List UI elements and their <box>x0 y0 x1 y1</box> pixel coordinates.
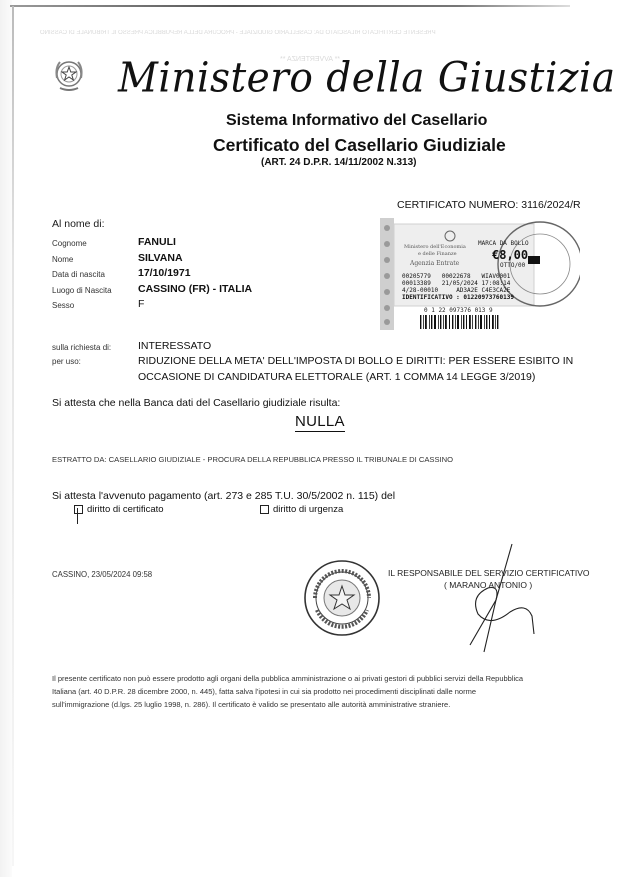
stamp-issuer-1: Ministero dell'Economia <box>404 244 466 250</box>
place-date: CASSINO, 23/05/2024 09:58 <box>52 570 152 579</box>
certificate-number-label: CERTIFICATO NUMERO: <box>397 199 518 211</box>
handwritten-signature <box>440 540 550 660</box>
option-urgency-fee-label: diritto di urgenza <box>273 504 343 515</box>
legal-footnote: Il presente certificato non può essere p… <box>52 672 592 711</box>
stamp-code-cell: 00022678 <box>442 273 471 280</box>
requested-by-value: INTERESSATO <box>138 340 211 352</box>
check-mark <box>77 508 78 524</box>
sex-value: F <box>138 298 144 310</box>
bleed-through-text: PRESENTE CERTIFICATO RILASCIATO DA: CASE… <box>40 30 436 36</box>
stamp-identifier: 01220973760139 <box>463 294 514 301</box>
stamp-barcode-number: 0 1 22 097376 013 9 <box>424 307 493 314</box>
stamp-agency: Agenzia Entrate <box>410 260 459 267</box>
stamp-code-cell: WIAV0001 <box>482 273 511 280</box>
checkbox-icon <box>74 505 83 514</box>
option-certificate-fee: diritto di certificato <box>74 504 164 515</box>
legal-reference: (ART. 24 D.P.R. 14/11/2002 N.313) <box>261 157 416 168</box>
stamp-identifier-label: IDENTIFICATIVO : <box>402 294 460 301</box>
stamp-code-cell: 4/28-00010 <box>402 287 438 294</box>
official-seal-icon <box>303 558 381 638</box>
birth-place-label: Luogo di Nascita <box>52 286 112 295</box>
stamp-type: MARCA DA BOLLO <box>478 240 529 247</box>
requested-by-label: sulla richiesta di: <box>52 343 111 352</box>
birth-date-label: Data di nascita <box>52 270 105 279</box>
use-label: per uso: <box>52 357 81 366</box>
system-title: Sistema Informativo del Casellario <box>226 112 487 130</box>
result-outcome: NULLA <box>295 413 345 432</box>
use-line-1: RIDUZIONE DELLA META' DELL'IMPOSTA DI BO… <box>138 355 573 367</box>
use-line-2: OCCASIONE DI CANDIDATURA ELETTORALE (ART… <box>138 371 535 383</box>
sex-label: Sesso <box>52 301 74 310</box>
stamp-issuer-2: e delle Finanze <box>418 251 457 257</box>
extract-source: ESTRATTO DA: CASELLARIO GIUDIZIALE - PRO… <box>52 455 453 464</box>
italian-republic-emblem-icon <box>52 58 86 94</box>
footnote-line-1: Il presente certificato non può essere p… <box>52 672 592 685</box>
certificate-number: CERTIFICATO NUMERO: 3116/2024/R <box>397 199 581 211</box>
scan-edge-left <box>12 6 14 866</box>
stamp-amount: €8,00 <box>492 248 528 262</box>
payment-statement: Si attesta l'avvenuto pagamento (art. 27… <box>52 490 395 502</box>
subject-heading: Al nome di: <box>52 218 105 230</box>
surname-label: Cognome <box>52 239 87 248</box>
scan-edge-top <box>10 5 570 7</box>
birth-date-value: 17/10/1971 <box>138 267 191 279</box>
scan-shadow <box>0 0 12 877</box>
footnote-line-3: sull'immigrazione (d.lgs. 25 luglio 1998… <box>52 698 592 711</box>
stamp-code-cell: 00013389 <box>402 280 431 287</box>
option-certificate-fee-label: diritto di certificato <box>87 504 164 515</box>
certificate-number-value: 3116/2024/R <box>521 199 580 211</box>
option-urgency-fee: diritto di urgenza <box>260 504 343 515</box>
stamp-code-cell: C4E3CA2E <box>482 287 511 294</box>
name-label: Nome <box>52 255 73 264</box>
birth-place-value: CASSINO (FR) - ITALIA <box>138 283 252 295</box>
revenue-stamp: Ministero dell'Economia e delle Finanze … <box>380 218 580 330</box>
checkbox-icon <box>260 505 269 514</box>
name-value: SILVANA <box>138 252 183 264</box>
stamp-code-cell: 17:08:14 <box>482 280 511 287</box>
footnote-line-2: Italiana (art. 40 D.P.R. 28 dicembre 200… <box>52 685 592 698</box>
stamp-code-cell: 00205779 <box>402 273 431 280</box>
surname-value: FANULI <box>138 236 176 248</box>
stamp-code-cell: 21/05/2024 <box>442 280 478 287</box>
ministry-title: Ministero della Giustizia <box>118 55 616 102</box>
stamp-codes: 00205779 00022678 WIAV0001 00013389 21/0… <box>402 273 514 301</box>
attestation-text: Si attesta che nella Banca dati del Case… <box>52 397 340 409</box>
stamp-code: OTTO/00 <box>500 262 525 269</box>
certificate-title: Certificato del Casellario Giudiziale <box>213 135 506 156</box>
stamp-code-cell: AD3A2E <box>456 287 478 294</box>
